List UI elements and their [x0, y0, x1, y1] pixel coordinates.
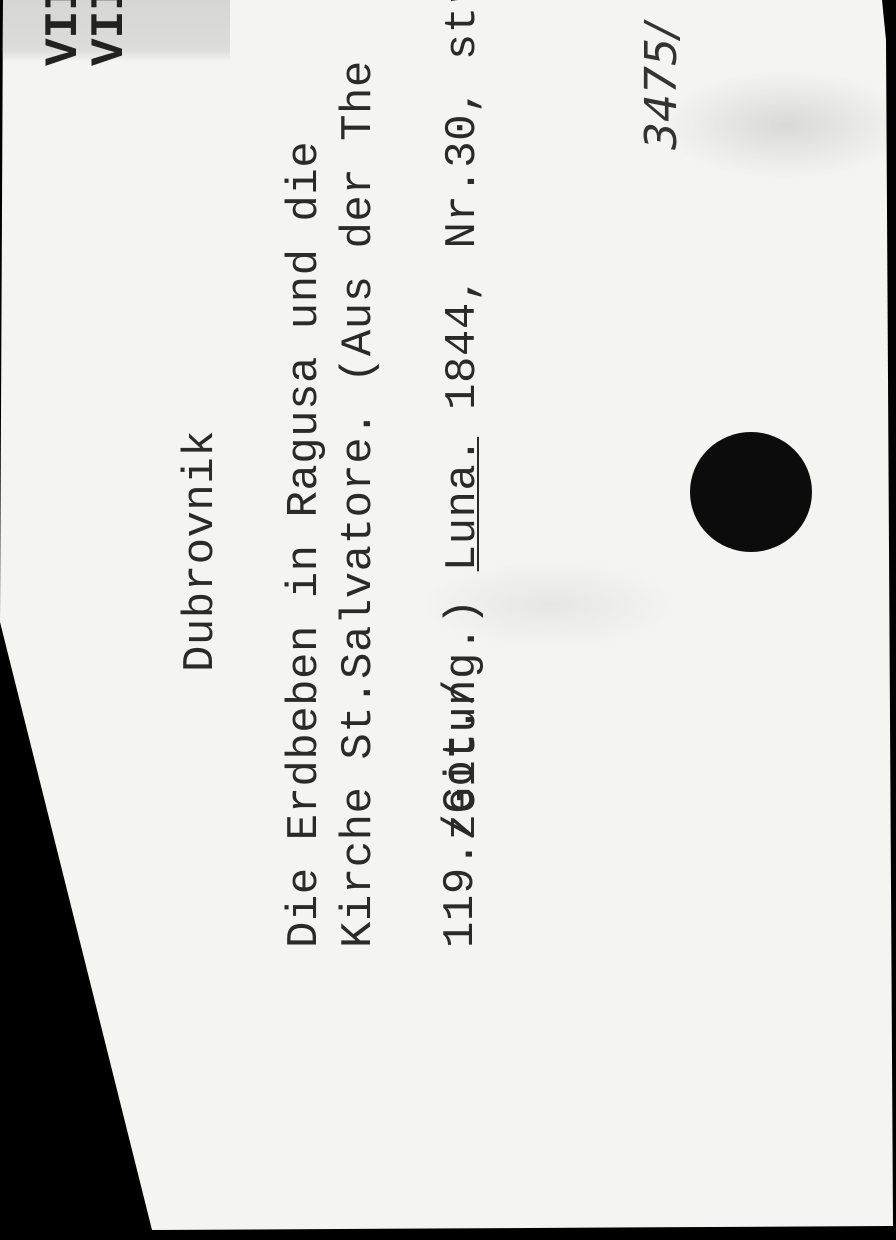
stain [660, 70, 890, 180]
handwritten-number: 3475/ [636, 23, 687, 150]
catalog-card: VII VII Dubrovnik Die Erdbeben in Ragusa… [0, 0, 896, 1240]
shelf-mark: VII [38, 0, 90, 66]
body-line-1: Die Erdbeben in Ragusa und die [280, 141, 330, 948]
body-line-2: Kirche St.Salvatore. (Aus der The [334, 60, 384, 948]
underlined-title: Luna. [438, 437, 488, 572]
shelf-mark: VII [84, 0, 136, 66]
body-line-4: 119./Got./ [436, 679, 486, 948]
punch-hole [690, 432, 812, 552]
card-heading: Dubrovnik [176, 430, 226, 672]
